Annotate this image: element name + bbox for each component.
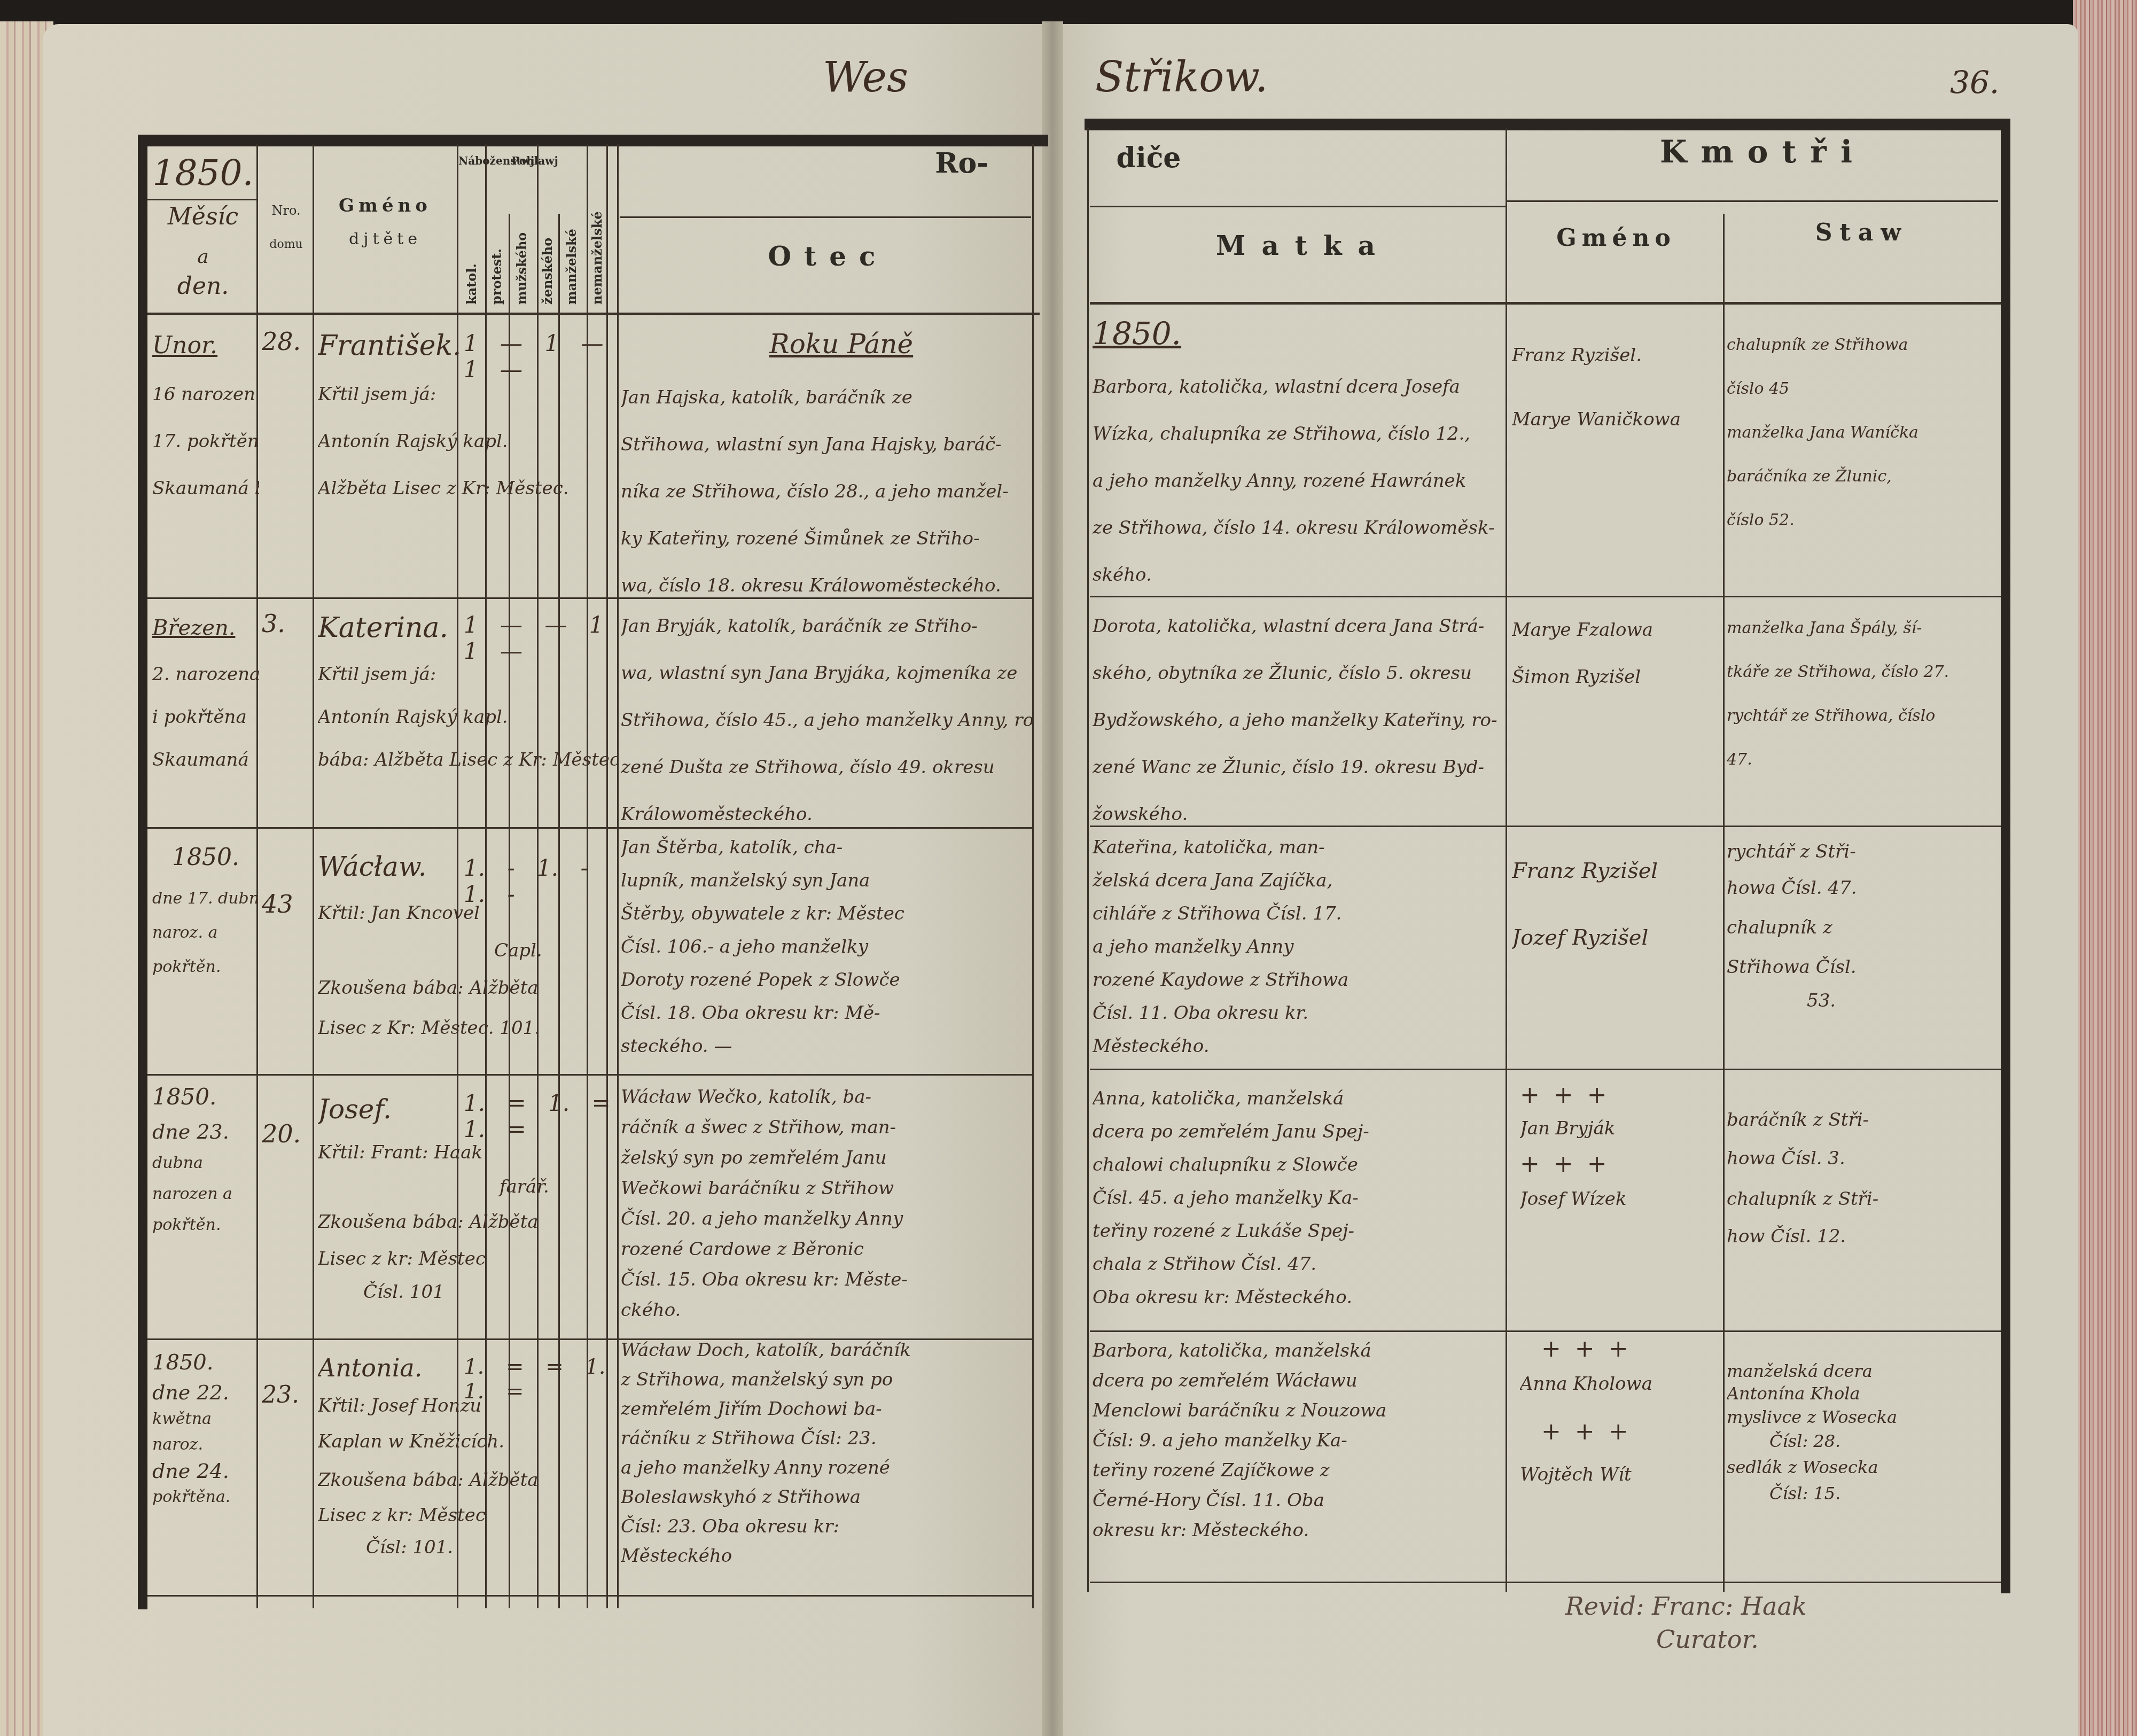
book-gutter	[1042, 21, 1063, 1736]
header-religion: Náboženstwj	[458, 154, 508, 168]
entry-3-marks: 1. - 1. - 1. -	[464, 855, 613, 907]
entry-2-mother: Dorota, katolička, wlastní dcera Jana St…	[1093, 603, 1504, 838]
entry-2-house-no: 3.	[262, 609, 313, 638]
cross-marks: + + +	[1520, 1333, 1723, 1365]
entry-2-date: Březen. 2. narozena i pokřtěna Skaumaná	[152, 603, 259, 781]
header-godparents: Kmotři	[1603, 134, 1923, 170]
header-year-divider	[147, 199, 257, 200]
frame-left	[138, 135, 147, 1609]
header-sex: Pohlawj	[510, 154, 559, 168]
header-month-label: Měsíc	[152, 203, 254, 230]
entry-5-mother: Barbora, katolička, manželská dcera po z…	[1093, 1336, 1504, 1545]
col-line	[1723, 214, 1725, 1592]
page-number: 36.	[1950, 64, 1999, 100]
entry-1-godparent-names: Franz Ryzišel. Marye Waničkowa	[1512, 323, 1723, 451]
frame-top-right	[1085, 119, 2009, 130]
header-parents-left: Ro-	[908, 147, 1015, 180]
entry-3-date: 1850. dne 17. dubna naroz. a pokřtěn.	[152, 834, 259, 984]
col-line	[313, 144, 314, 1608]
entry-4-marks: 1. = 1. = 1. =	[464, 1090, 613, 1142]
header-divider-left	[147, 313, 1040, 315]
entry-2-marks: 1 — — 1 1 —	[464, 612, 613, 664]
entry-2-godparent-names: Marye Fzalowa Šimon Ryzišel	[1512, 606, 1723, 700]
frame-right	[2001, 119, 2010, 1593]
header-and-label: a	[152, 246, 254, 268]
entry-4-date: 1850. dne 23. dubna narozen a pokřtěn.	[152, 1078, 259, 1241]
entry-1-mother-year: 1850.	[1093, 315, 1253, 352]
frame-top-left	[140, 135, 1048, 146]
header-catholic: katol.	[464, 224, 479, 305]
entry-1-date: Unor. 16 narozen 17. pokřtěn Skaumaná bá…	[152, 321, 259, 512]
entry-5-date: 1850. dne 22. kwětna naroz. dne 24. pokř…	[152, 1346, 259, 1510]
col-line	[617, 144, 619, 1608]
revision-signature: Revid: Franc: Haak Curator.	[1565, 1590, 1807, 1656]
header-protestant: protest.	[489, 224, 504, 305]
header-village-name: Střikow.	[1095, 53, 1268, 102]
entry-1-father: Jan Hajska, katolík, baráčník ze Střihow…	[621, 374, 1032, 609]
entry-4-house-no: 20.	[262, 1119, 313, 1148]
entry-5-godparent-names: + + + Anna Kholowa + + + Wojtěch Wít	[1520, 1333, 1723, 1488]
entry-1-mother: Barbora, katolička, wlastní dcera Josefa…	[1093, 363, 1504, 598]
entry-1-year-heading: Roku Páně	[769, 329, 972, 360]
entry-3-father: Jan Štěrba, katolík, cha- lupník, manžel…	[621, 831, 1032, 1063]
header-child-of: djtěte	[315, 230, 455, 248]
cross-marks: + + +	[1520, 1403, 1723, 1461]
entry-5-father: Wácław Doch, katolík, baráčník z Střihow…	[621, 1336, 1032, 1571]
row-divider	[147, 1074, 1032, 1076]
entry-3-godparent-status: rychtář z Stři- howa Čísl. 47. chalupník…	[1727, 834, 1999, 1016]
header-illegitimate: nemanželské	[589, 214, 605, 305]
header-female: ženského	[540, 224, 555, 305]
row-divider	[147, 1595, 1032, 1597]
entry-5-marks: 1. = = 1. 1. =	[464, 1354, 613, 1404]
header-house-nro: Nro.	[261, 203, 311, 218]
entry-5-house-no: 23.	[262, 1381, 313, 1408]
col-line	[1032, 144, 1034, 1608]
header-day-label: den.	[152, 273, 254, 300]
row-divider	[1090, 1582, 2001, 1583]
entry-3-godparent-names: Franz Ryzišel Jozef Ryzišel	[1512, 834, 1723, 967]
header-parents-right: diče	[1095, 142, 1202, 174]
header-year: 1850.	[152, 152, 254, 193]
header-village-label: Wes	[823, 53, 908, 102]
header-godparents-divider	[1507, 200, 1998, 202]
entry-1-godparent-status: chalupník ze Střihowa číslo 45 manželka …	[1727, 323, 1999, 542]
header-legitimate: manželské	[564, 214, 579, 305]
entry-2-father: Jan Bryják, katolík, baráčník ze Střiho-…	[621, 603, 1032, 838]
header-house-domu: domu	[261, 238, 311, 251]
row-divider	[1090, 1330, 2001, 1332]
cross-marks: + + +	[1520, 1079, 1723, 1111]
header-godparent-name: Gméno	[1512, 224, 1720, 252]
entry-3-house-no: 43	[262, 890, 313, 918]
entry-2-godparent-status: manželka Jana Špály, ší- tkáře ze Střiho…	[1727, 606, 1999, 782]
entry-3-mother: Kateřina, katolička, man- želská dcera J…	[1093, 831, 1504, 1063]
entry-4-mother: Anna, katolička, manželská dcera po zemř…	[1093, 1082, 1504, 1314]
header-father: Otec	[695, 240, 962, 272]
entry-4-godparent-status: baráčník z Stři- howa Čísl. 3. chalupník…	[1727, 1101, 1999, 1252]
cross-marks: + + +	[1520, 1146, 1723, 1183]
header-mother: Matka	[1154, 230, 1453, 261]
entry-4-father: Wácław Wečko, katolík, ba- ráčník a šwec…	[621, 1082, 1032, 1326]
header-godparent-status: Staw	[1726, 219, 1998, 246]
header-divider-right	[1090, 302, 2001, 305]
col-line	[1087, 128, 1089, 1592]
header-parents-divider-right	[1090, 206, 1507, 207]
header-male: mužského	[514, 224, 529, 305]
col-line	[1506, 128, 1507, 1592]
entry-5-godparent-status: manželská dcera Antonína Khola myslivce …	[1727, 1360, 1999, 1505]
entry-1-house-no: 28.	[262, 327, 313, 356]
entry-4-godparent-names: + + + Jan Bryják + + + Josef Wízek	[1520, 1079, 1723, 1215]
header-child-name: Gméno	[315, 195, 455, 216]
entry-1-marks: 1 — 1 — 1 —	[464, 330, 613, 383]
header-parents-divider	[620, 216, 1031, 218]
book-cover-top	[0, 0, 2137, 27]
row-divider	[1090, 1069, 2001, 1070]
page-edges-right	[2073, 0, 2137, 1736]
